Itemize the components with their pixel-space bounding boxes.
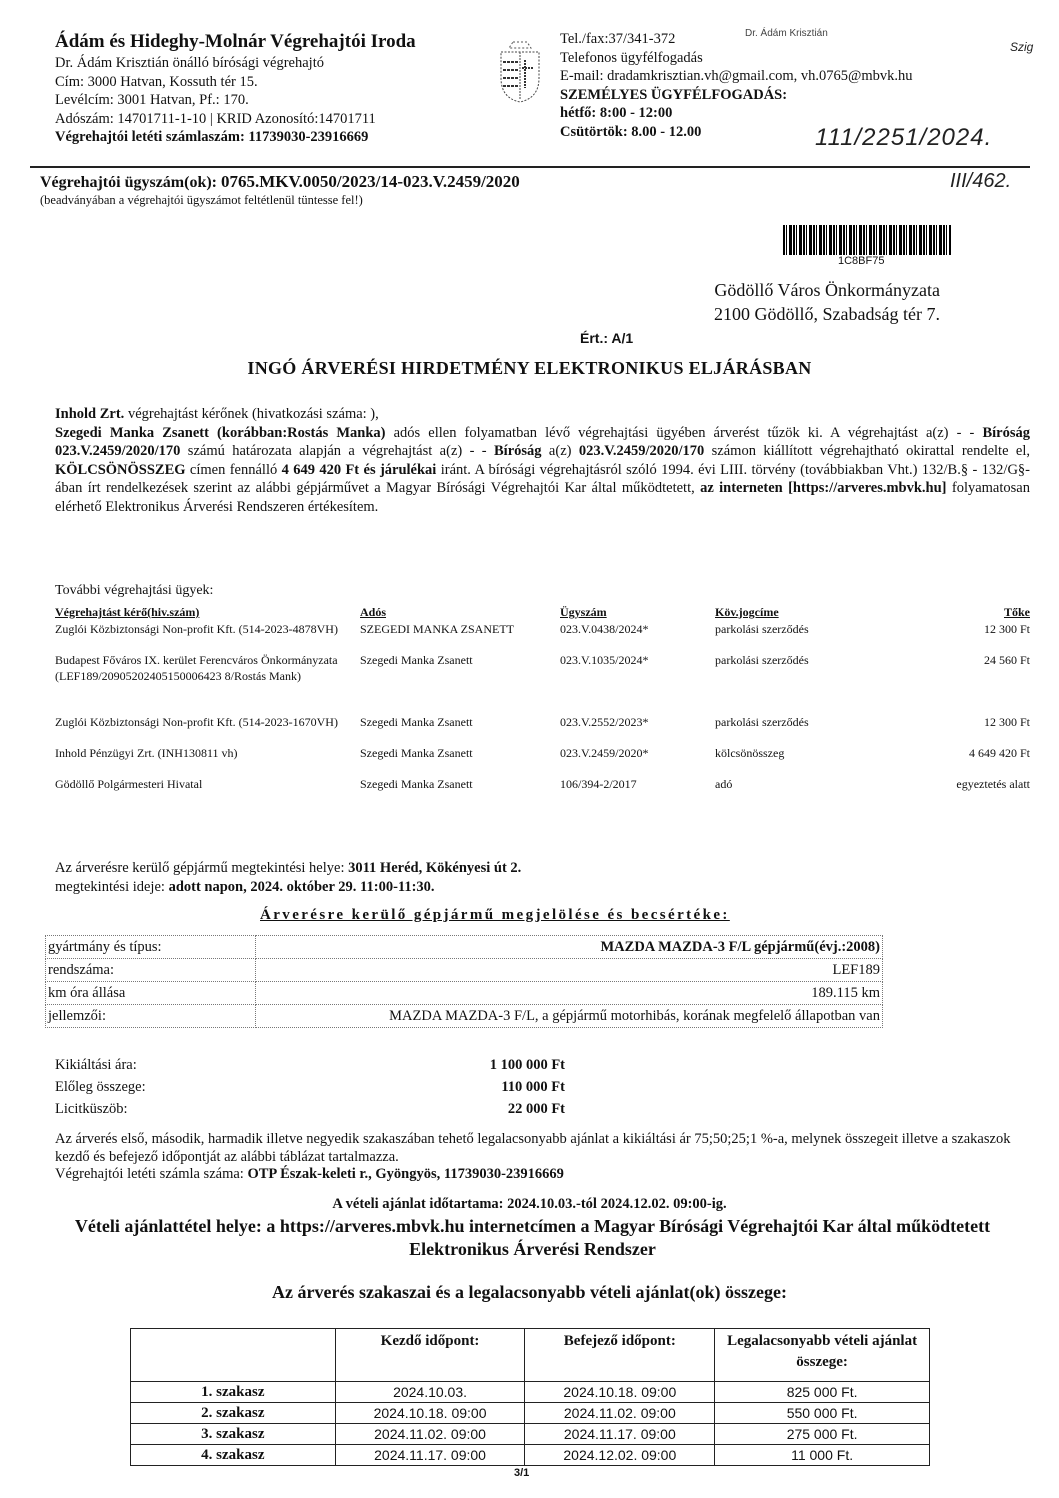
rules-text: Az árverés első, második, harmadik illet… <box>55 1131 1030 1166</box>
cell-min: 550 000 Ft. <box>715 1403 930 1424</box>
spec-value: MAZDA MAZDA-3 F/L gépjármű(évj.:2008) <box>256 936 883 959</box>
cell-debtor: Szegedi Manka Zsanett <box>360 746 560 777</box>
cell-end: 2024.11.17. 09:00 <box>525 1424 715 1445</box>
personal-reception: SZEMÉLYES ÜGYFÉLFOGADÁS: <box>560 86 913 105</box>
auction-rules: Az árverés első, második, harmadik illet… <box>55 1131 1030 1184</box>
office-line: Adószám: 14701711-1-10 | KRID Azonosító:… <box>55 110 416 129</box>
cell-debtor: Szegedi Manka Zsanett <box>360 777 560 808</box>
spec-label: jellemzői: <box>46 1005 256 1028</box>
value: OTP Észak-keleti r., Gyöngyös, 11739030-… <box>247 1166 563 1182</box>
cell-amount: egyeztetés alatt <box>880 777 1030 808</box>
text: a(z) <box>542 443 579 459</box>
viewing-place: Az árverésre kerülő gépjármű megtekintés… <box>55 859 521 878</box>
case-number-line: Végrehajtói ügyszám(ok): 0765.MKV.0050/2… <box>40 172 520 193</box>
value: 3011 Heréd, Kökényesi út 2. <box>348 860 521 876</box>
column-header: Legalacsonyabb vételi ajánlat összege: <box>715 1329 930 1382</box>
text: Bíróság <box>494 443 542 459</box>
barcode-label: 1C8BF75 <box>838 255 884 267</box>
cell-stage: 1. szakasz <box>131 1382 336 1403</box>
office-line: Cím: 3000 Hatvan, Kossuth tér 15. <box>55 73 416 92</box>
stages-title: Az árverés szakaszai és a legalacsonyabb… <box>0 1282 1059 1303</box>
table-row: 2. szakasz2024.10.18. 09:002024.11.02. 0… <box>131 1403 930 1424</box>
barcode <box>783 225 951 255</box>
notice-reference: Ért.: A/1 <box>580 330 633 346</box>
value: 110 000 Ft <box>285 1076 565 1098</box>
label: Licitküszöb: <box>55 1098 285 1120</box>
case-number-label: Végrehajtói ügyszám(ok): <box>40 174 221 191</box>
cell-creditor: Zuglói Közbiztonsági Non-profit Kft. (51… <box>55 622 360 653</box>
debt-amount: 4 649 420 Ft és járulékai <box>282 462 437 478</box>
table-row: Inhold Pénzügyi Zrt. (INH130811 vh)Szege… <box>55 746 1030 777</box>
phone-reception: Telefonos ügyfélfogadás <box>560 49 913 68</box>
cell-debtor: Szegedi Manka Zsanett <box>360 715 560 746</box>
cell-amount: 12 300 Ft <box>880 622 1030 653</box>
table-row: Zuglói Közbiztonsági Non-profit Kft. (51… <box>55 715 1030 746</box>
cell-title: adó <box>715 777 880 808</box>
cell-min: 275 000 Ft. <box>715 1424 930 1445</box>
debtor-name: Szegedi Manka Zsanett (korábban:Rostás M… <box>55 425 385 441</box>
cell-case-no: 023.V.0438/2024* <box>560 622 715 653</box>
table-row: jellemzői:MAZDA MAZDA-3 F/L, a gépjármű … <box>46 1005 883 1028</box>
cell-creditor: Zuglói Közbiztonsági Non-profit Kft. (51… <box>55 715 360 746</box>
cell-end: 2024.12.02. 09:00 <box>525 1445 715 1466</box>
table-row: 3. szakasz2024.11.02. 09:002024.11.17. 0… <box>131 1424 930 1445</box>
price-row: Kikiáltási ára:1 100 000 Ft <box>55 1054 565 1076</box>
value: 1 100 000 Ft <box>285 1054 565 1076</box>
coat-of-arms-icon <box>497 38 543 104</box>
value: 22 000 Ft <box>285 1098 565 1120</box>
table-header-row: Végrehajtást kérő(hiv.szám) Adós Ügyszám… <box>55 603 1030 622</box>
office-line: Dr. Ádám Krisztián önálló bírósági végre… <box>55 54 416 73</box>
price-row: Licitküszöb:22 000 Ft <box>55 1098 565 1120</box>
cell-title: parkolási szerződés <box>715 715 880 746</box>
cell-end: 2024.11.02. 09:00 <box>525 1403 715 1424</box>
offer-place: Vételi ajánlattétel helye: a https://arv… <box>40 1215 1025 1261</box>
table-row: Budapest Főváros IX. kerület Ferencváros… <box>55 653 1030 715</box>
cell-start: 2024.11.02. 09:00 <box>335 1424 525 1445</box>
cell-debtor: SZEGEDI MANKA ZSANETT <box>360 622 560 653</box>
intro-text: Inhold Zrt. végrehajtást kérőnek (hivatk… <box>55 405 1030 516</box>
cell-case-no: 023.V.1035/2024* <box>560 653 715 715</box>
cell-stage: 4. szakasz <box>131 1445 336 1466</box>
cell-creditor: Budapest Főváros IX. kerület Ferencváros… <box>55 653 360 715</box>
spec-value: 189.115 km <box>256 982 883 1005</box>
column-header: Végrehajtást kérő(hiv.szám) <box>55 603 360 622</box>
table-header-row: Kezdő időpont: Befejező időpont: Legalac… <box>131 1329 930 1382</box>
office-header: Ádám és Hideghy-Molnár Végrehajtói Iroda… <box>55 30 416 147</box>
cell-creditor: Gödöllő Polgármesteri Hivatal <box>55 777 360 808</box>
spec-label: gyártmány és típus: <box>46 936 256 959</box>
table-row: 1. szakasz2024.10.03.2024.10.18. 09:0082… <box>131 1382 930 1403</box>
cell-start: 2024.10.18. 09:00 <box>335 1403 525 1424</box>
price-block: Kikiáltási ára:1 100 000 Ft Előleg össze… <box>55 1054 565 1120</box>
viewing-info: Az árverésre kerülő gépjármű megtekintés… <box>55 859 521 896</box>
header-divider <box>30 166 1030 168</box>
text: címen fennálló <box>186 462 282 478</box>
value: adott napon, 2024. október 29. 11:00-11:… <box>169 879 435 895</box>
text: KÖLCSÖNÖSSZEG <box>55 462 186 478</box>
other-cases-title: További végrehajtási ügyek: <box>55 583 213 599</box>
recipient-street: 2100 Gödöllő, Szabadság tér 7. <box>690 302 940 326</box>
cell-stage: 3. szakasz <box>131 1424 336 1445</box>
label: Végrehajtói letéti számla száma: <box>55 1166 247 1182</box>
column-header: Befejező időpont: <box>525 1329 715 1382</box>
spec-value: MAZDA MAZDA-3 F/L, a gépjármű motorhibás… <box>256 1005 883 1028</box>
document-title: INGÓ ÁRVERÉSI HIRDETMÉNY ELEKTRONIKUS EL… <box>0 358 1059 379</box>
cell-start: 2024.11.17. 09:00 <box>335 1445 525 1466</box>
column-header: Kezdő időpont: <box>335 1329 525 1382</box>
auction-stages-table: Kezdő időpont: Befejező időpont: Legalac… <box>130 1328 930 1466</box>
viewing-time: megtekintési ideje: adott napon, 2024. o… <box>55 878 521 897</box>
cell-case-no: 023.V.2459/2020* <box>560 746 715 777</box>
cell-amount: 4 649 420 Ft <box>880 746 1030 777</box>
cell-debtor: Szegedi Manka Zsanett <box>360 653 560 715</box>
spec-label: rendszáma: <box>46 959 256 982</box>
spec-value: LEF189 <box>256 959 883 982</box>
page-number: 3/1 <box>514 1467 529 1479</box>
column-header: Adós <box>360 603 560 622</box>
cell-min: 11 000 Ft. <box>715 1445 930 1466</box>
cell-title: kölcsönösszeg <box>715 746 880 777</box>
column-header <box>131 1329 336 1382</box>
cell-amount: 24 560 Ft <box>880 653 1030 715</box>
office-account: Végrehajtói letéti számlaszám: 11739030-… <box>55 128 416 147</box>
case-note: (beadványában a végrehajtói ügyszámot fe… <box>40 193 363 208</box>
account-line: Végrehajtói letéti számla száma: OTP Ész… <box>55 1166 1030 1184</box>
cell-title: parkolási szerződés <box>715 653 880 715</box>
cell-case-no: 023.V.2552/2023* <box>560 715 715 746</box>
spec-label: km óra állása <box>46 982 256 1005</box>
text: adós ellen folyamatban lévő végrehajtási… <box>385 425 982 441</box>
text: végrehajtást kérőnek (hivatkozási száma:… <box>124 406 378 422</box>
text: számú határozata alapján a végrehajtást … <box>180 443 494 459</box>
price-row: Előleg összege:110 000 Ft <box>55 1076 565 1098</box>
table-row: Zuglói Közbiztonsági Non-profit Kft. (51… <box>55 622 1030 653</box>
case-number: 0765.MKV.0050/2023/14-023.V.2459/2020 <box>221 172 520 191</box>
cell-start: 2024.10.03. <box>335 1382 525 1403</box>
label: Az árverésre kerülő gépjármű megtekintés… <box>55 860 348 876</box>
vehicle-section-title: Árverésre kerülő gépjármű megjelölése és… <box>260 907 730 924</box>
cell-end: 2024.10.18. 09:00 <box>525 1382 715 1403</box>
handwritten-reference-2: III/462. <box>950 170 1011 193</box>
cell-title: parkolási szerződés <box>715 622 880 653</box>
table-row: rendszáma:LEF189 <box>46 959 883 982</box>
received-stamp: Dr. Ádám Krisztián <box>745 28 828 39</box>
auction-url[interactable]: az interneten [https://arveres.mbvk.hu] <box>700 480 946 496</box>
handwritten-reference: 111/2251/2024. <box>815 124 992 152</box>
label: Kikiáltási ára: <box>55 1054 285 1076</box>
recipient-name: Gödöllő Város Önkormányzata <box>690 278 940 302</box>
intro-paragraph-2: Szegedi Manka Zsanett (korábban:Rostás M… <box>55 424 1030 517</box>
office-name: Ádám és Hideghy-Molnár Végrehajtói Iroda <box>55 30 416 54</box>
text: 023.V.2459/2020/170 <box>579 443 704 459</box>
creditor-name: Inhold Zrt. <box>55 406 124 422</box>
label: Előleg összege: <box>55 1076 285 1098</box>
table-row: Gödöllő Polgármesteri HivatalSzegedi Man… <box>55 777 1030 808</box>
table-row: gyártmány és típus:MAZDA MAZDA-3 F/L gép… <box>46 936 883 959</box>
cell-case-no: 106/394-2/2017 <box>560 777 715 808</box>
cell-creditor: Inhold Pénzügyi Zrt. (INH130811 vh) <box>55 746 360 777</box>
offer-period: A vételi ajánlat időtartama: 2024.10.03.… <box>0 1196 1059 1213</box>
vehicle-spec-table: gyártmány és típus:MAZDA MAZDA-3 F/L gép… <box>45 935 883 1028</box>
intro-paragraph-1: Inhold Zrt. végrehajtást kérőnek (hivatk… <box>55 405 1030 424</box>
cell-amount: 12 300 Ft <box>880 715 1030 746</box>
cell-stage: 2. szakasz <box>131 1403 336 1424</box>
email: E-mail: dradamkrisztian.vh@gmail.com, vh… <box>560 67 913 86</box>
column-header: Ügyszám <box>560 603 715 622</box>
column-header: Tőke <box>880 603 1030 622</box>
office-line: Levélcím: 3001 Hatvan, Pf.: 170. <box>55 91 416 110</box>
signature: Szig <box>1010 40 1033 54</box>
text: számon kiállított végrehajtható okiratta… <box>704 443 1030 459</box>
table-row: 4. szakasz2024.11.17. 09:002024.12.02. 0… <box>131 1445 930 1466</box>
monday-hours: hétfő: 8:00 - 12:00 <box>560 104 913 123</box>
label: megtekintési ideje: <box>55 879 169 895</box>
column-header: Köv.jogcíme <box>715 603 880 622</box>
table-row: km óra állása189.115 km <box>46 982 883 1005</box>
other-cases-table: Végrehajtást kérő(hiv.szám) Adós Ügyszám… <box>55 603 1030 808</box>
recipient-address: Gödöllő Város Önkormányzata 2100 Gödöllő… <box>690 278 940 326</box>
cell-min: 825 000 Ft. <box>715 1382 930 1403</box>
tel: Tel./fax:37/341-372 <box>560 30 913 49</box>
